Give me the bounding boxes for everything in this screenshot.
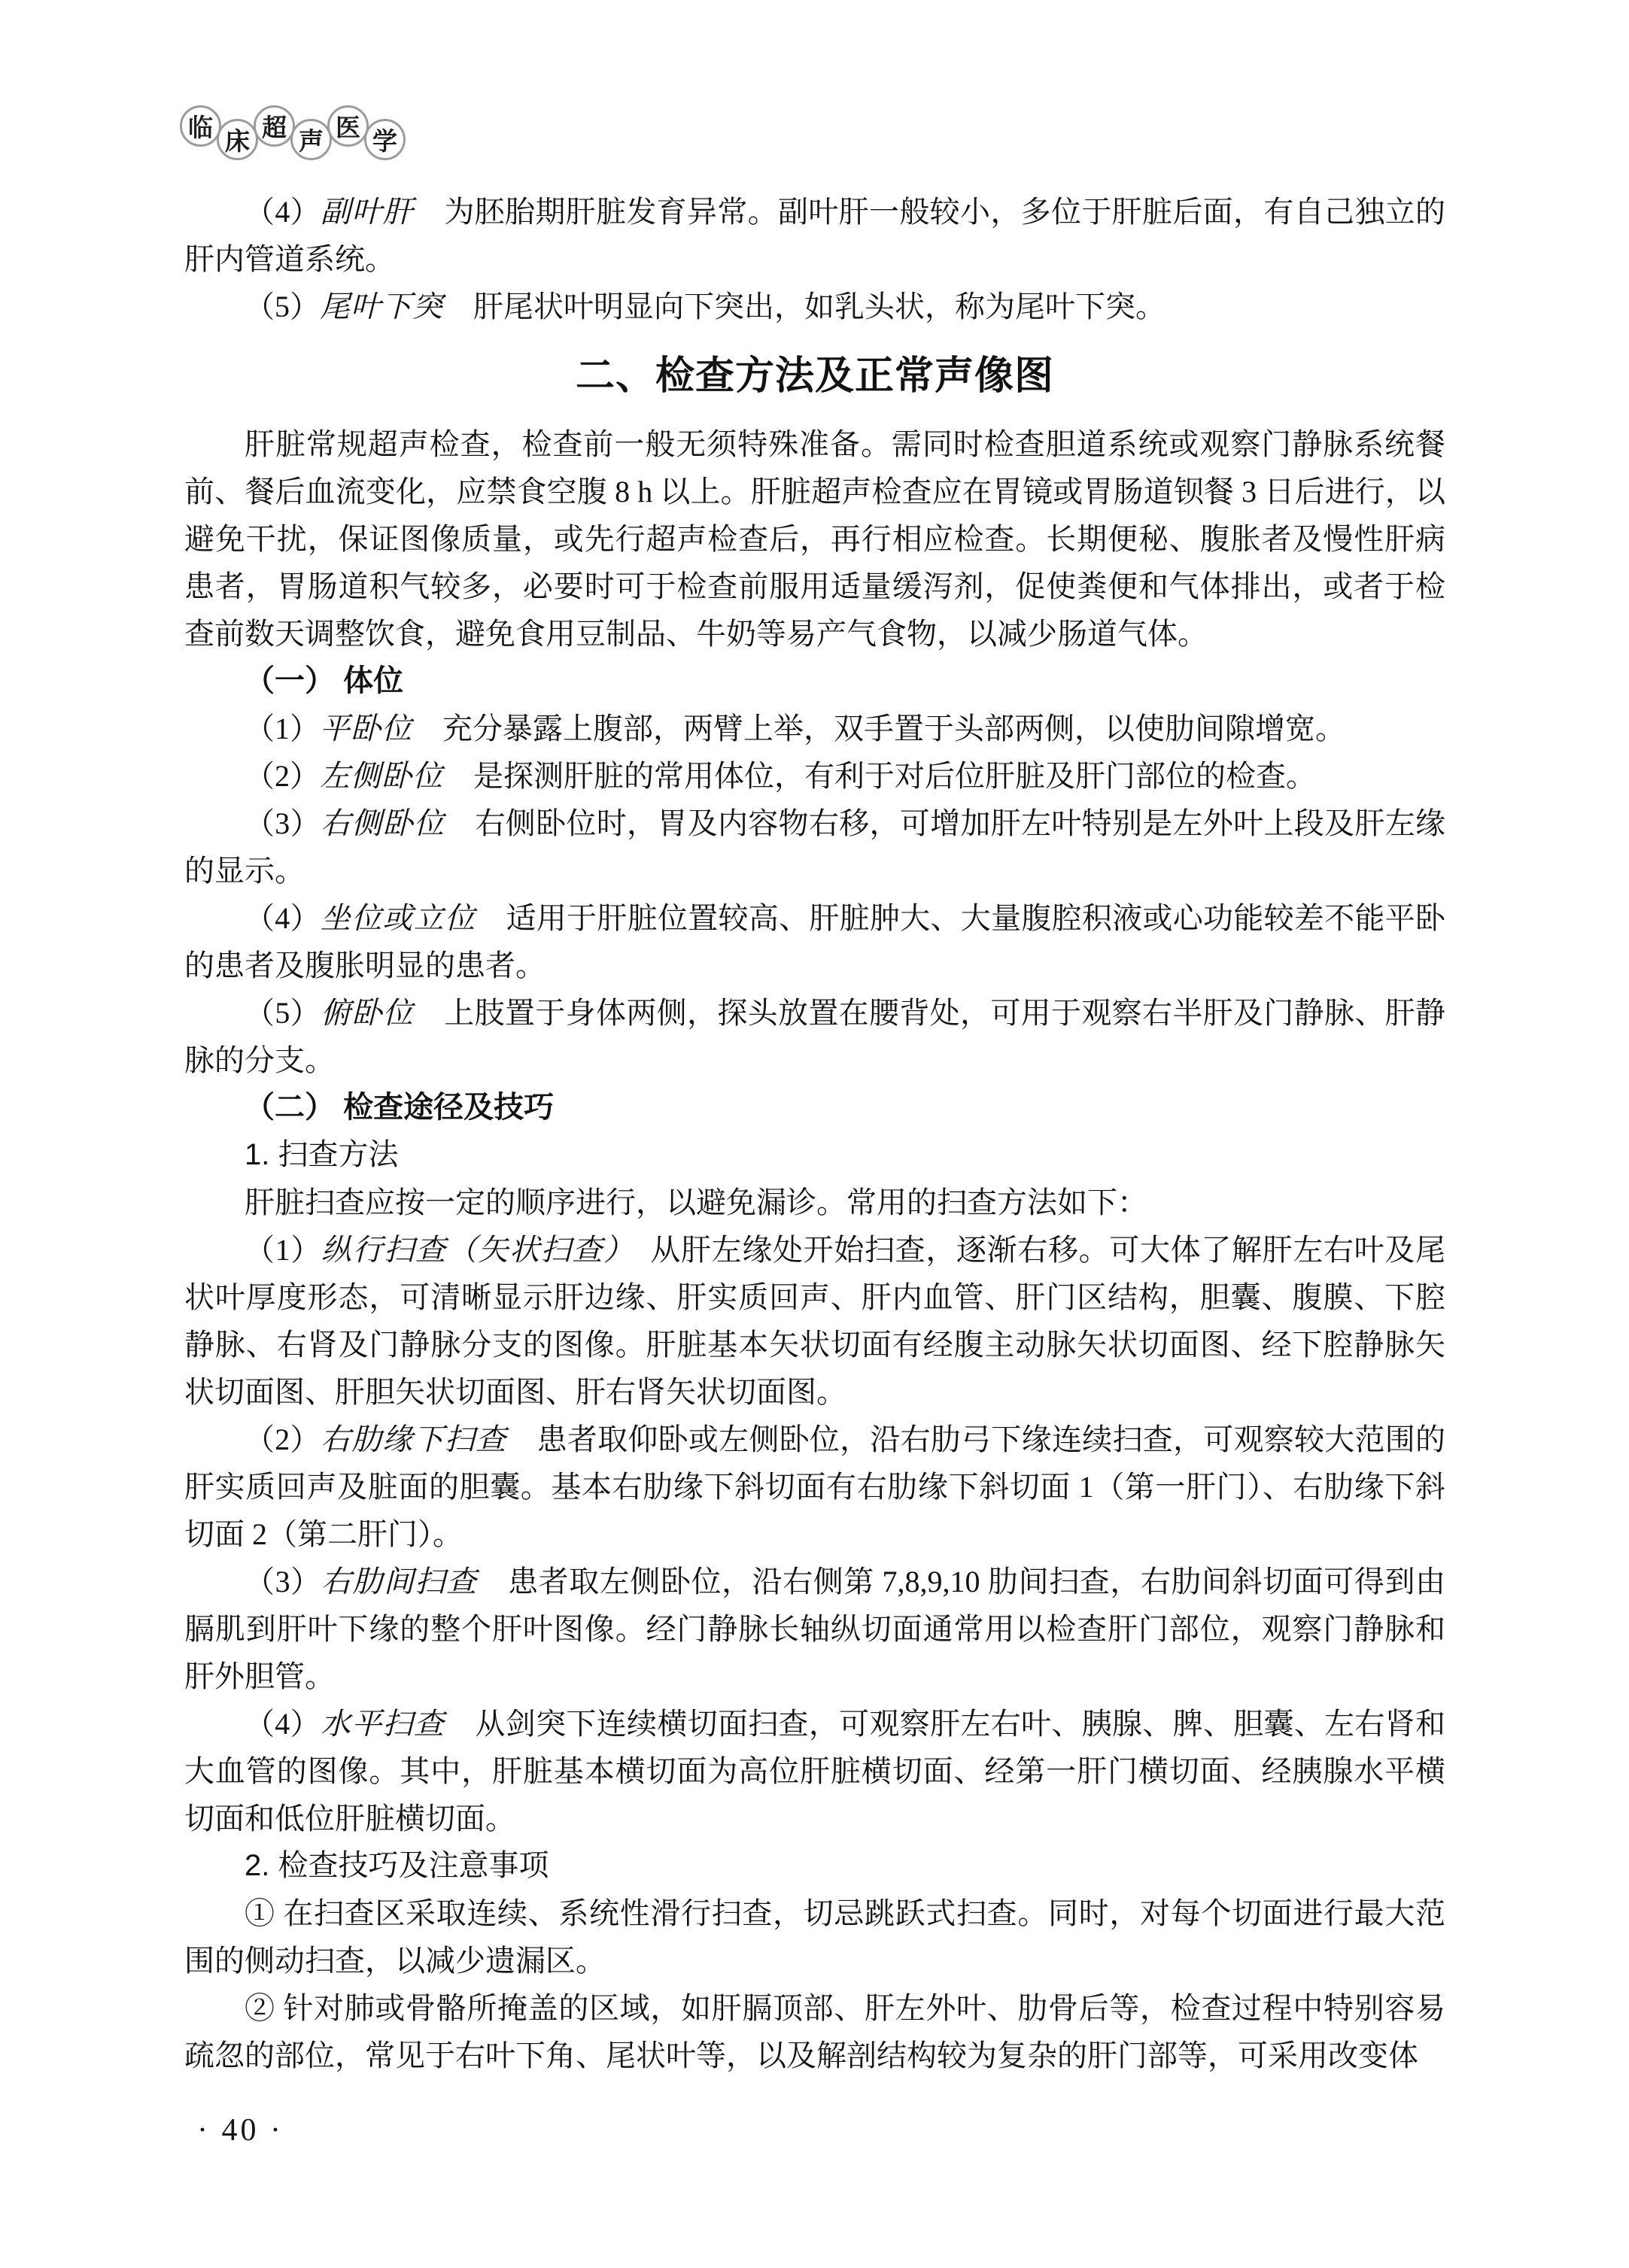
text-run: （5） <box>245 996 321 1030</box>
logo-char-circle: 超 <box>254 105 295 147</box>
term-kai-style: 右肋缘下扫查 <box>321 1422 507 1456</box>
paragraph-intercostal-scan: （3）右肋间扫查 患者取左侧卧位，沿右侧第 7,8,9,10 肋间扫查，右肋间斜… <box>184 1558 1445 1700</box>
paragraph-supine-position: （1）平卧位 充分暴露上腹部，两臂上举，双手置于头部两侧，以使肋间隙增宽。 <box>184 705 1445 752</box>
text-run: 1. 扫查方法 <box>245 1138 398 1171</box>
term-kai-style: 俯卧位 <box>321 996 414 1030</box>
text-run: （1） <box>245 712 320 745</box>
page-number-text: · 40 · <box>197 2113 284 2148</box>
term-kai-style: 右肋间扫查 <box>321 1565 478 1599</box>
text-run: （一） 体位 <box>245 664 403 697</box>
paragraph-right-lateral-position: （3）右侧卧位 右侧卧位时，胃及内容物右移，可增加肝左叶特别是左外叶上段及肝左缘… <box>184 800 1445 894</box>
paragraph-left-lateral-position: （2）左侧卧位 是探测肝脏的常用体位，有利于对后位肝脏及肝门部位的检查。 <box>184 752 1445 800</box>
logo-char-circle: 学 <box>364 119 406 160</box>
text-run: 是探测肝脏的常用体位，有利于对后位肝脏及肝门部位的检查。 <box>443 759 1316 793</box>
text-run: （1） <box>245 1233 321 1267</box>
text-run: （3） <box>245 1565 321 1599</box>
text-run: 肝脏常规超声检查，检查前一般无须特殊准备。需同时检查胆道系统或观察门静脉系统餐前… <box>184 427 1445 651</box>
text-run: ② 针对肺或骨骼所掩盖的区域，如肝膈顶部、肝左外叶、肋骨后等，检查过程中特别容易… <box>184 1991 1445 2072</box>
numbered-heading-scan-methods: 1. 扫查方法 <box>184 1131 1445 1179</box>
paragraph-longitudinal-scan: （1）纵行扫查（矢状扫查） 从肝左缘处开始扫查，逐渐右移。可大体了解肝左右叶及尾… <box>184 1226 1445 1416</box>
paragraph-subcostal-scan: （2）右肋缘下扫查 患者取仰卧或左侧卧位，沿右肋弓下缘连续扫查，可观察较大范围的… <box>184 1416 1445 1558</box>
text-run: 肝脏扫查应按一定的顺序进行，以避免漏诊。常用的扫查方法如下： <box>245 1186 1147 1219</box>
text-run: 二、检查方法及正常声像图 <box>576 355 1054 398</box>
logo-char-circle: 医 <box>327 105 369 147</box>
textbook-page: 临床超声医学 （4）副叶肝 为胚胎期肝脏发育异常。副叶肝一般较小，多位于肝脏后面… <box>0 0 1629 2268</box>
text-run: （4） <box>245 195 321 229</box>
subsection-title-scan-routes: （二） 检查途径及技巧 <box>184 1084 1445 1131</box>
paragraph-tip-2: ② 针对肺或骨骼所掩盖的区域，如肝膈顶部、肝左外叶、肋骨后等，检查过程中特别容易… <box>184 1984 1445 2079</box>
logo-char-circle: 床 <box>217 119 258 160</box>
paragraph-sitting-standing-position: （4）坐位或立位 适用于肝脏位置较高、肝脏肿大、大量腹腔积液或心功能较差不能平卧… <box>184 894 1445 989</box>
term-kai-style: 右侧卧位 <box>321 806 445 840</box>
paragraph-accessory-liver-lobe: （4）副叶肝 为胚胎期肝脏发育异常。副叶肝一般较小，多位于肝脏后面，有自己独立的… <box>184 188 1445 283</box>
term-kai-style: 左侧卧位 <box>320 759 443 793</box>
subsection-title-body-position: （一） 体位 <box>184 657 1445 705</box>
text-run: （4） <box>245 1707 321 1741</box>
section-title: 二、检查方法及正常声像图 <box>184 349 1445 405</box>
text-run: （二） 检查途径及技巧 <box>245 1091 554 1124</box>
page-number: · 40 · <box>197 2112 284 2148</box>
paragraph-scan-intro: 肝脏扫查应按一定的顺序进行，以避免漏诊。常用的扫查方法如下： <box>184 1179 1445 1226</box>
page-body-text: （4）副叶肝 为胚胎期肝脏发育异常。副叶肝一般较小，多位于肝脏后面，有自己独立的… <box>184 188 1445 2079</box>
paragraph-caudate-protrusion: （5）尾叶下突 肝尾状叶明显向下突出，如乳头状，称为尾叶下突。 <box>184 283 1445 330</box>
text-run: 充分暴露上腹部，两臂上举，双手置于头部两侧，以使肋间隙增宽。 <box>412 712 1345 745</box>
paragraph-horizontal-scan: （4）水平扫查 从剑突下连续横切面扫查，可观察肝左右叶、胰腺、脾、胆囊、左右肾和… <box>184 1700 1445 1842</box>
term-kai-style: 纵行扫查（矢状扫查） <box>321 1233 620 1267</box>
text-run: ① 在扫查区采取连续、系统性滑行扫查，切忌跳跃式扫查。同时，对每个切面进行最大范… <box>184 1896 1445 1978</box>
numbered-heading-scan-tips: 2. 检查技巧及注意事项 <box>184 1842 1445 1890</box>
text-run: 肝尾状叶明显向下突出，如乳头状，称为尾叶下突。 <box>443 290 1166 323</box>
term-kai-style: 尾叶下突 <box>320 290 443 323</box>
text-run: （2） <box>245 759 320 793</box>
logo-char-circle: 声 <box>290 119 332 160</box>
term-kai-style: 水平扫查 <box>321 1707 445 1741</box>
text-run: （3） <box>245 806 321 840</box>
logo-char-circle: 临 <box>180 105 221 147</box>
paragraph-tip-1: ① 在扫查区采取连续、系统性滑行扫查，切忌跳跃式扫查。同时，对每个切面进行最大范… <box>184 1890 1445 1984</box>
text-run: （2） <box>245 1422 321 1456</box>
term-kai-style: 副叶肝 <box>321 195 414 229</box>
term-kai-style: 平卧位 <box>320 712 412 745</box>
text-run: （5） <box>245 290 320 323</box>
term-kai-style: 坐位或立位 <box>321 901 476 935</box>
paragraph-preparation: 肝脏常规超声检查，检查前一般无须特殊准备。需同时检查胆道系统或观察门静脉系统餐前… <box>184 421 1445 657</box>
text-run: 2. 检查技巧及注意事项 <box>245 1849 549 1882</box>
text-run: （4） <box>245 901 321 935</box>
paragraph-prone-position: （5）俯卧位 上肢置于身体两侧，探头放置在腰背处，可用于观察右半肝及门静脉、肝静… <box>184 989 1445 1084</box>
